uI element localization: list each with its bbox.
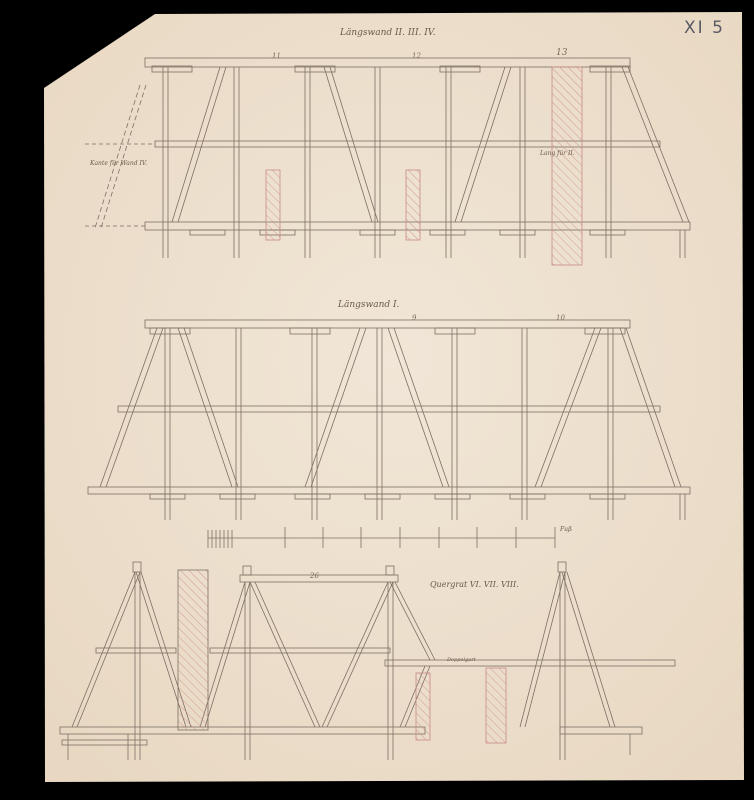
timber-frame-drawing [0, 0, 754, 800]
title-top: Längswand II. III. IV. [340, 28, 436, 38]
title-middle: Längswand I. [338, 300, 399, 310]
scale-unit: Fuß [560, 526, 572, 533]
annotation-doppelgurt: Doppelgurt [447, 657, 476, 663]
label-9: 9 [412, 314, 416, 322]
label-10: 10 [556, 314, 565, 322]
drawing-sheet: XI 5 Längswand II. III. IV. Kante für Wa… [0, 0, 754, 800]
sheet-number: XI 5 [684, 18, 725, 38]
label-12: 12 [412, 52, 421, 60]
label-13: 13 [556, 48, 567, 58]
annotation-kante: Kante für Wand IV. [90, 160, 147, 167]
label-26: 26 [310, 572, 319, 580]
label-11: 11 [272, 52, 281, 60]
annotation-lang: Lang für II. [540, 150, 575, 157]
paper [44, 12, 744, 782]
title-bottom: Quergrat VI. VII. VIII. [430, 580, 519, 589]
